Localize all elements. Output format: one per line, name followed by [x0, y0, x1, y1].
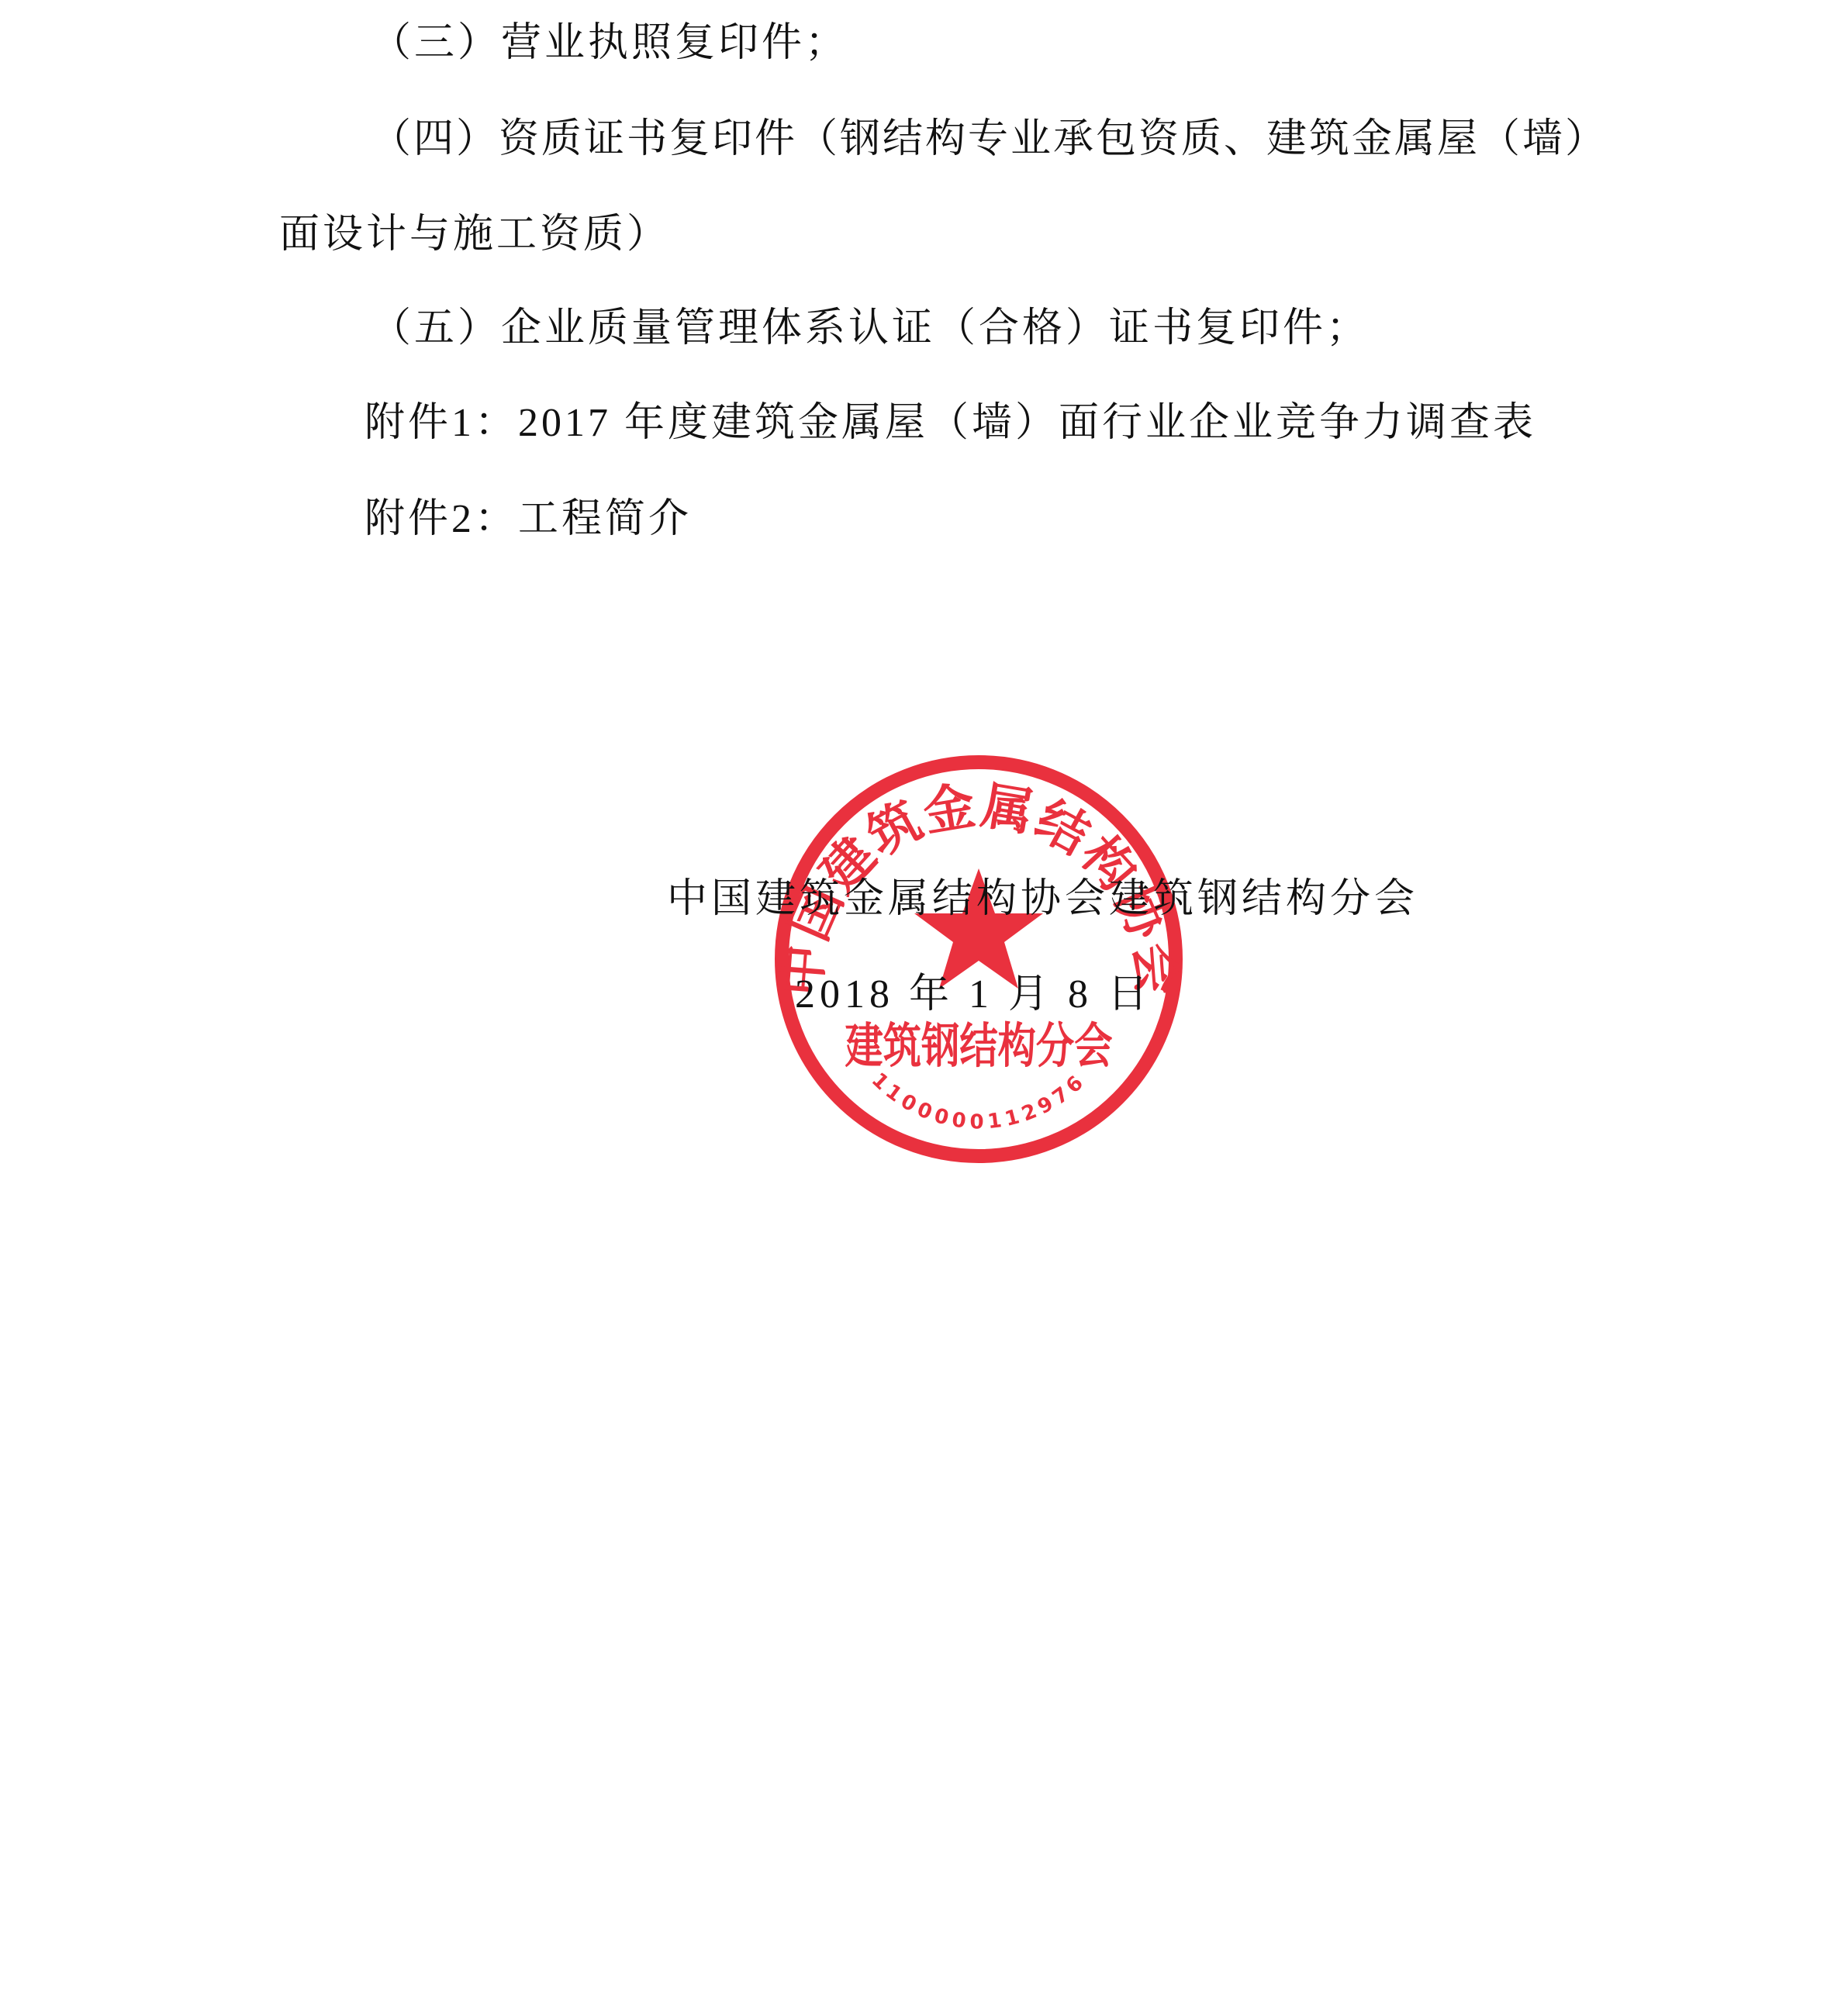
seal-serial-number: 1100000112976 — [867, 1068, 1091, 1134]
item-3-business-license: （三）营业执照复印件； — [371, 20, 848, 67]
attachment-1-survey-form: 附件1：2017 年度建筑金属屋（墙）面行业企业竞争力调查表 — [364, 400, 1536, 447]
seal-center-text: 建筑钢结构分会 — [845, 1017, 1113, 1074]
attachment-2-project-intro: 附件2：工程简介 — [364, 496, 692, 543]
item-4-continuation: 面设计与施工资质） — [279, 212, 670, 258]
item-5-quality-certification: （五）企业质量管理体系认证（合格）证书复印件； — [371, 306, 1370, 352]
svg-text:1100000112976: 1100000112976 — [867, 1068, 1091, 1134]
official-seal: 中国建筑金属结构协会 建筑钢结构分会 1100000112976 — [768, 748, 1190, 1171]
signature-organization: 中国建筑金属结构协会建筑钢结构分会 — [667, 876, 1418, 923]
signature-date: 2018 年 1 月 8 日 — [795, 972, 1152, 1018]
item-4-qualification-certificate: （四）资质证书复印件（钢结构专业承包资质、建筑金属屋（墙） — [371, 116, 1608, 163]
